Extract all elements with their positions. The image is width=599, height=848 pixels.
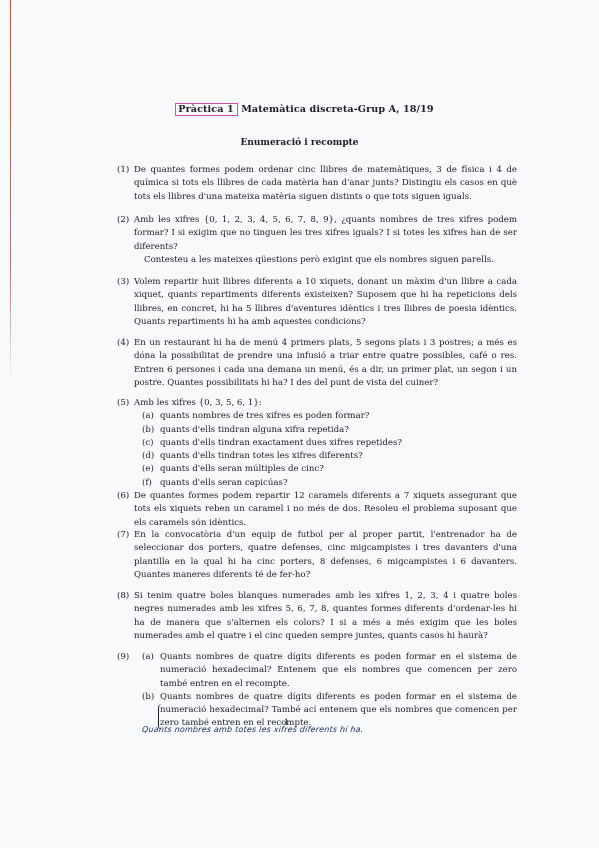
problem-8: (8) Si tenim quatre boles blanques numer… [117,590,517,643]
document-header: Pràctica 1 Matemàtica discreta-Grup A, 1… [0,104,599,115]
document-page: Pràctica 1 Matemàtica discreta-Grup A, 1… [0,0,599,848]
problem-text: De quantes formes podem ordenar cinc lli… [134,164,517,204]
problem-number: (7) [117,529,129,542]
course-title: Matemàtica discreta-Grup A, 18/19 [238,104,434,115]
problem-number: (2) [117,214,129,227]
problem-4: (4) En un restaurant hi ha de menú 4 pri… [117,337,517,390]
problem-text-continued: Contesteu a les mateixes qüestions però … [134,254,517,267]
subquestion-text: quants d'ells seran capicúas? [160,478,288,488]
subquestion-a: (a) Quants nombres de quatre dígits dife… [142,651,517,691]
problem-1: (1) De quantes formes podem ordenar cinc… [117,164,517,204]
subquestion-list: (a)quants nombres de tres xifres es pode… [142,410,517,490]
section-title: Enumeració i recompte [0,138,599,148]
subquestion-e: (e)quants d'ells seran múltiples de cinc… [142,463,517,476]
problem-text: De quantes formes podem repartir 12 cara… [134,490,517,530]
subquestion-text: Quants nombres de quatre dígits diferent… [160,651,517,691]
handwritten-note: Quants nombres amb totes les xifres dife… [142,725,364,734]
subquestion-text: quants d'ells tindran exactament dues xi… [160,438,402,448]
subquestion-d: (d)quants d'ells tindran totes les xifre… [142,450,517,463]
problem-number: (6) [117,490,129,503]
subquestion-label: (f) [142,477,160,490]
subquestion-label: (a) [142,410,160,423]
problem-number: (4) [117,337,129,350]
problem-number: (8) [117,590,129,603]
subquestion-label: (c) [142,437,160,450]
problem-text: En la convocatòria d'un equip de futbol … [134,529,517,582]
subquestion-text: quants d'ells seran múltiples de cinc? [160,464,324,474]
problem-text: Amb les xifres {0, 1, 2, 3, 4, 5, 6, 7, … [134,214,517,254]
problem-number: (9) [117,651,129,664]
problem-5: (5) Amb les xifres {0, 3, 5, 6, 1}: (a)q… [117,397,517,490]
problem-text: Amb les xifres {0, 3, 5, 6, 1}: [134,397,517,410]
problem-6: (6) De quantes formes podem repartir 12 … [117,490,517,530]
problem-9: (9) (a) Quants nombres de quatre dígits … [117,651,517,731]
subquestion-label: (b) [142,691,154,704]
problem-3: (3) Volem repartir huit llibres diferent… [117,276,517,329]
margin-line [10,0,11,385]
subquestion-text: quants d'ells tindran alguna xifra repet… [160,425,349,435]
problem-number: (1) [117,164,129,177]
subquestion-list: (a) Quants nombres de quatre dígits dife… [142,651,517,731]
problem-7: (7) En la convocatòria d'un equip de fut… [117,529,517,582]
subquestion-label: (e) [142,463,160,476]
subquestion-b: (b)quants d'ells tindran alguna xifra re… [142,424,517,437]
problem-text: Si tenim quatre boles blanques numerades… [134,590,517,643]
subquestion-label: (d) [142,450,160,463]
problem-text: En un restaurant hi ha de menú 4 primers… [134,337,517,390]
problem-number: (3) [117,276,129,289]
problem-text: Volem repartir huit llibres diferents a … [134,276,517,329]
subquestion-label: (a) [142,651,154,664]
subquestion-f: (f)quants d'ells seran capicúas? [142,477,517,490]
subquestion-text: quants d'ells tindran totes les xifres d… [160,451,363,461]
subquestion-text: quants nombres de tres xifres es poden f… [160,411,369,421]
subquestion-c: (c)quants d'ells tindran exactament dues… [142,437,517,450]
subquestion-a: (a)quants nombres de tres xifres es pode… [142,410,517,423]
problem-number: (5) [117,397,129,410]
highlighted-practice-label: Pràctica 1 [175,103,237,116]
problem-2: (2) Amb les xifres {0, 1, 2, 3, 4, 5, 6,… [117,214,517,267]
subquestion-label: (b) [142,424,160,437]
